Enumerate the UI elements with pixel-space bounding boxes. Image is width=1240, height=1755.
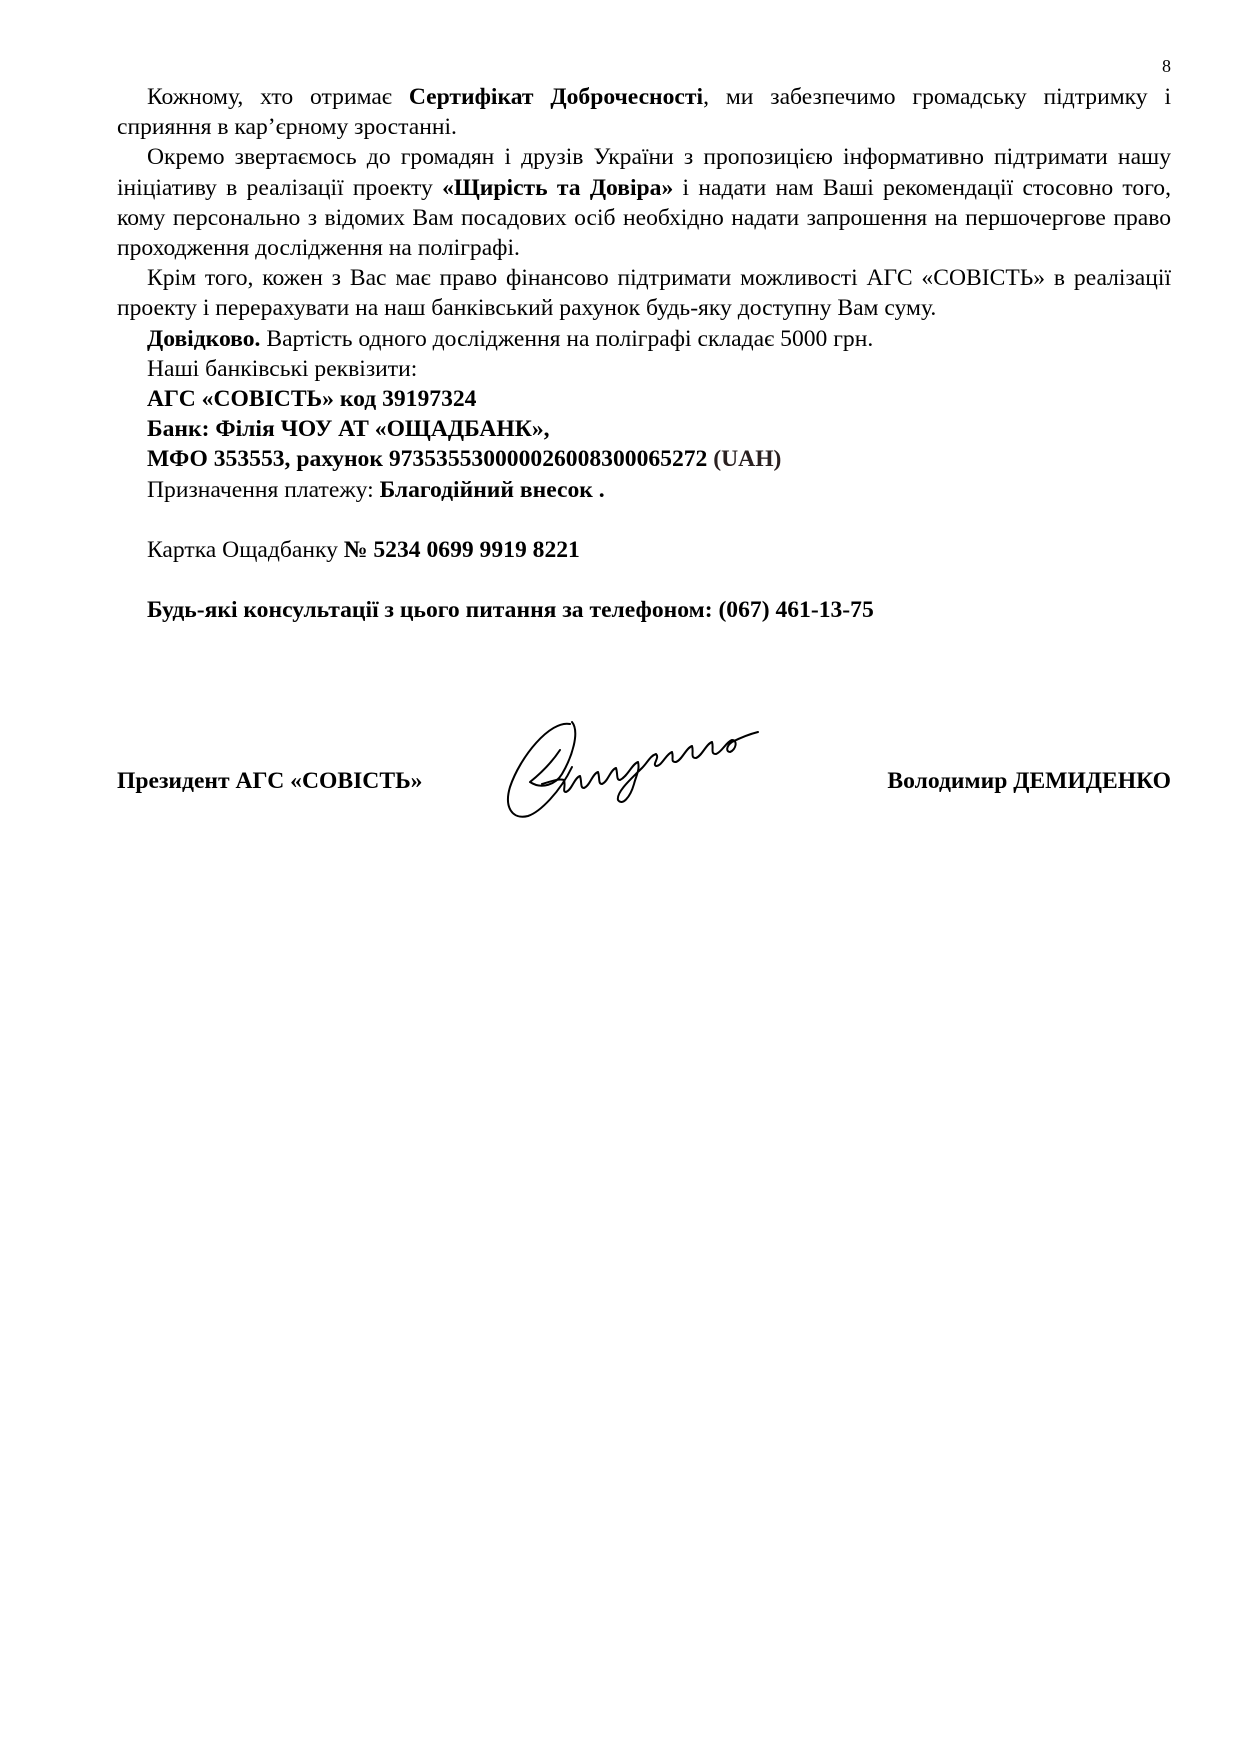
signatory-name: Володимир ДЕМИДЕНКО xyxy=(887,768,1171,795)
paragraph-financial-support: Крім того, кожен з Вас має право фінансо… xyxy=(117,263,1171,323)
bank-org-line: АГС «СОВІСТЬ» код 39197324 xyxy=(117,384,1171,414)
paragraph-text: Крім того, кожен з Вас має право фінансо… xyxy=(117,265,1171,321)
document-body: Кожному, хто отримає Сертифікат Доброчес… xyxy=(117,82,1171,626)
handwritten-signature-icon xyxy=(500,712,770,824)
currency-label: (UAH) xyxy=(707,446,781,472)
bank-account-line: МФО 353553, рахунок 97353553000002600830… xyxy=(117,444,1171,474)
payment-purpose-label: Призначення платежу: xyxy=(147,477,380,503)
reference-label: Довідково. xyxy=(147,326,260,352)
paragraph-text: Кожному, хто отримає xyxy=(147,84,409,110)
payment-purpose-value: Благодійний внесок . xyxy=(380,477,605,503)
payment-purpose-line: Призначення платежу: Благодійний внесок … xyxy=(117,475,1171,505)
bank-details-heading: Наші банківські реквізити: xyxy=(117,354,1171,384)
card-number: № 5234 0699 9919 8221 xyxy=(344,537,580,563)
paragraph-reference: Довідково. Вартість одного дослідження н… xyxy=(117,324,1171,354)
contact-line: Будь-які консультації з цього питання за… xyxy=(117,595,1171,625)
card-label: Картка Ощадбанку xyxy=(147,537,344,563)
page-number: 8 xyxy=(1162,56,1171,77)
signatory-title: Президент АГС «СОВІСТЬ» xyxy=(117,768,422,795)
account-number: МФО 353553, рахунок 97353553000002600830… xyxy=(147,446,707,472)
paragraph-appeal: Окремо звертаємось до громадян і друзів … xyxy=(117,142,1171,263)
card-line: Картка Ощадбанку № 5234 0699 9919 8221 xyxy=(117,535,1171,565)
bank-name-line: Банк: Філія ЧОУ АТ «ОЩАДБАНК», xyxy=(117,414,1171,444)
paragraph-certificate: Кожному, хто отримає Сертифікат Доброчес… xyxy=(117,82,1171,142)
paragraph-text: Вартість одного дослідження на поліграфі… xyxy=(260,326,873,352)
project-name: «Щирість та Довіра» xyxy=(442,175,673,201)
certificate-name: Сертифікат Доброчесності xyxy=(409,84,703,110)
